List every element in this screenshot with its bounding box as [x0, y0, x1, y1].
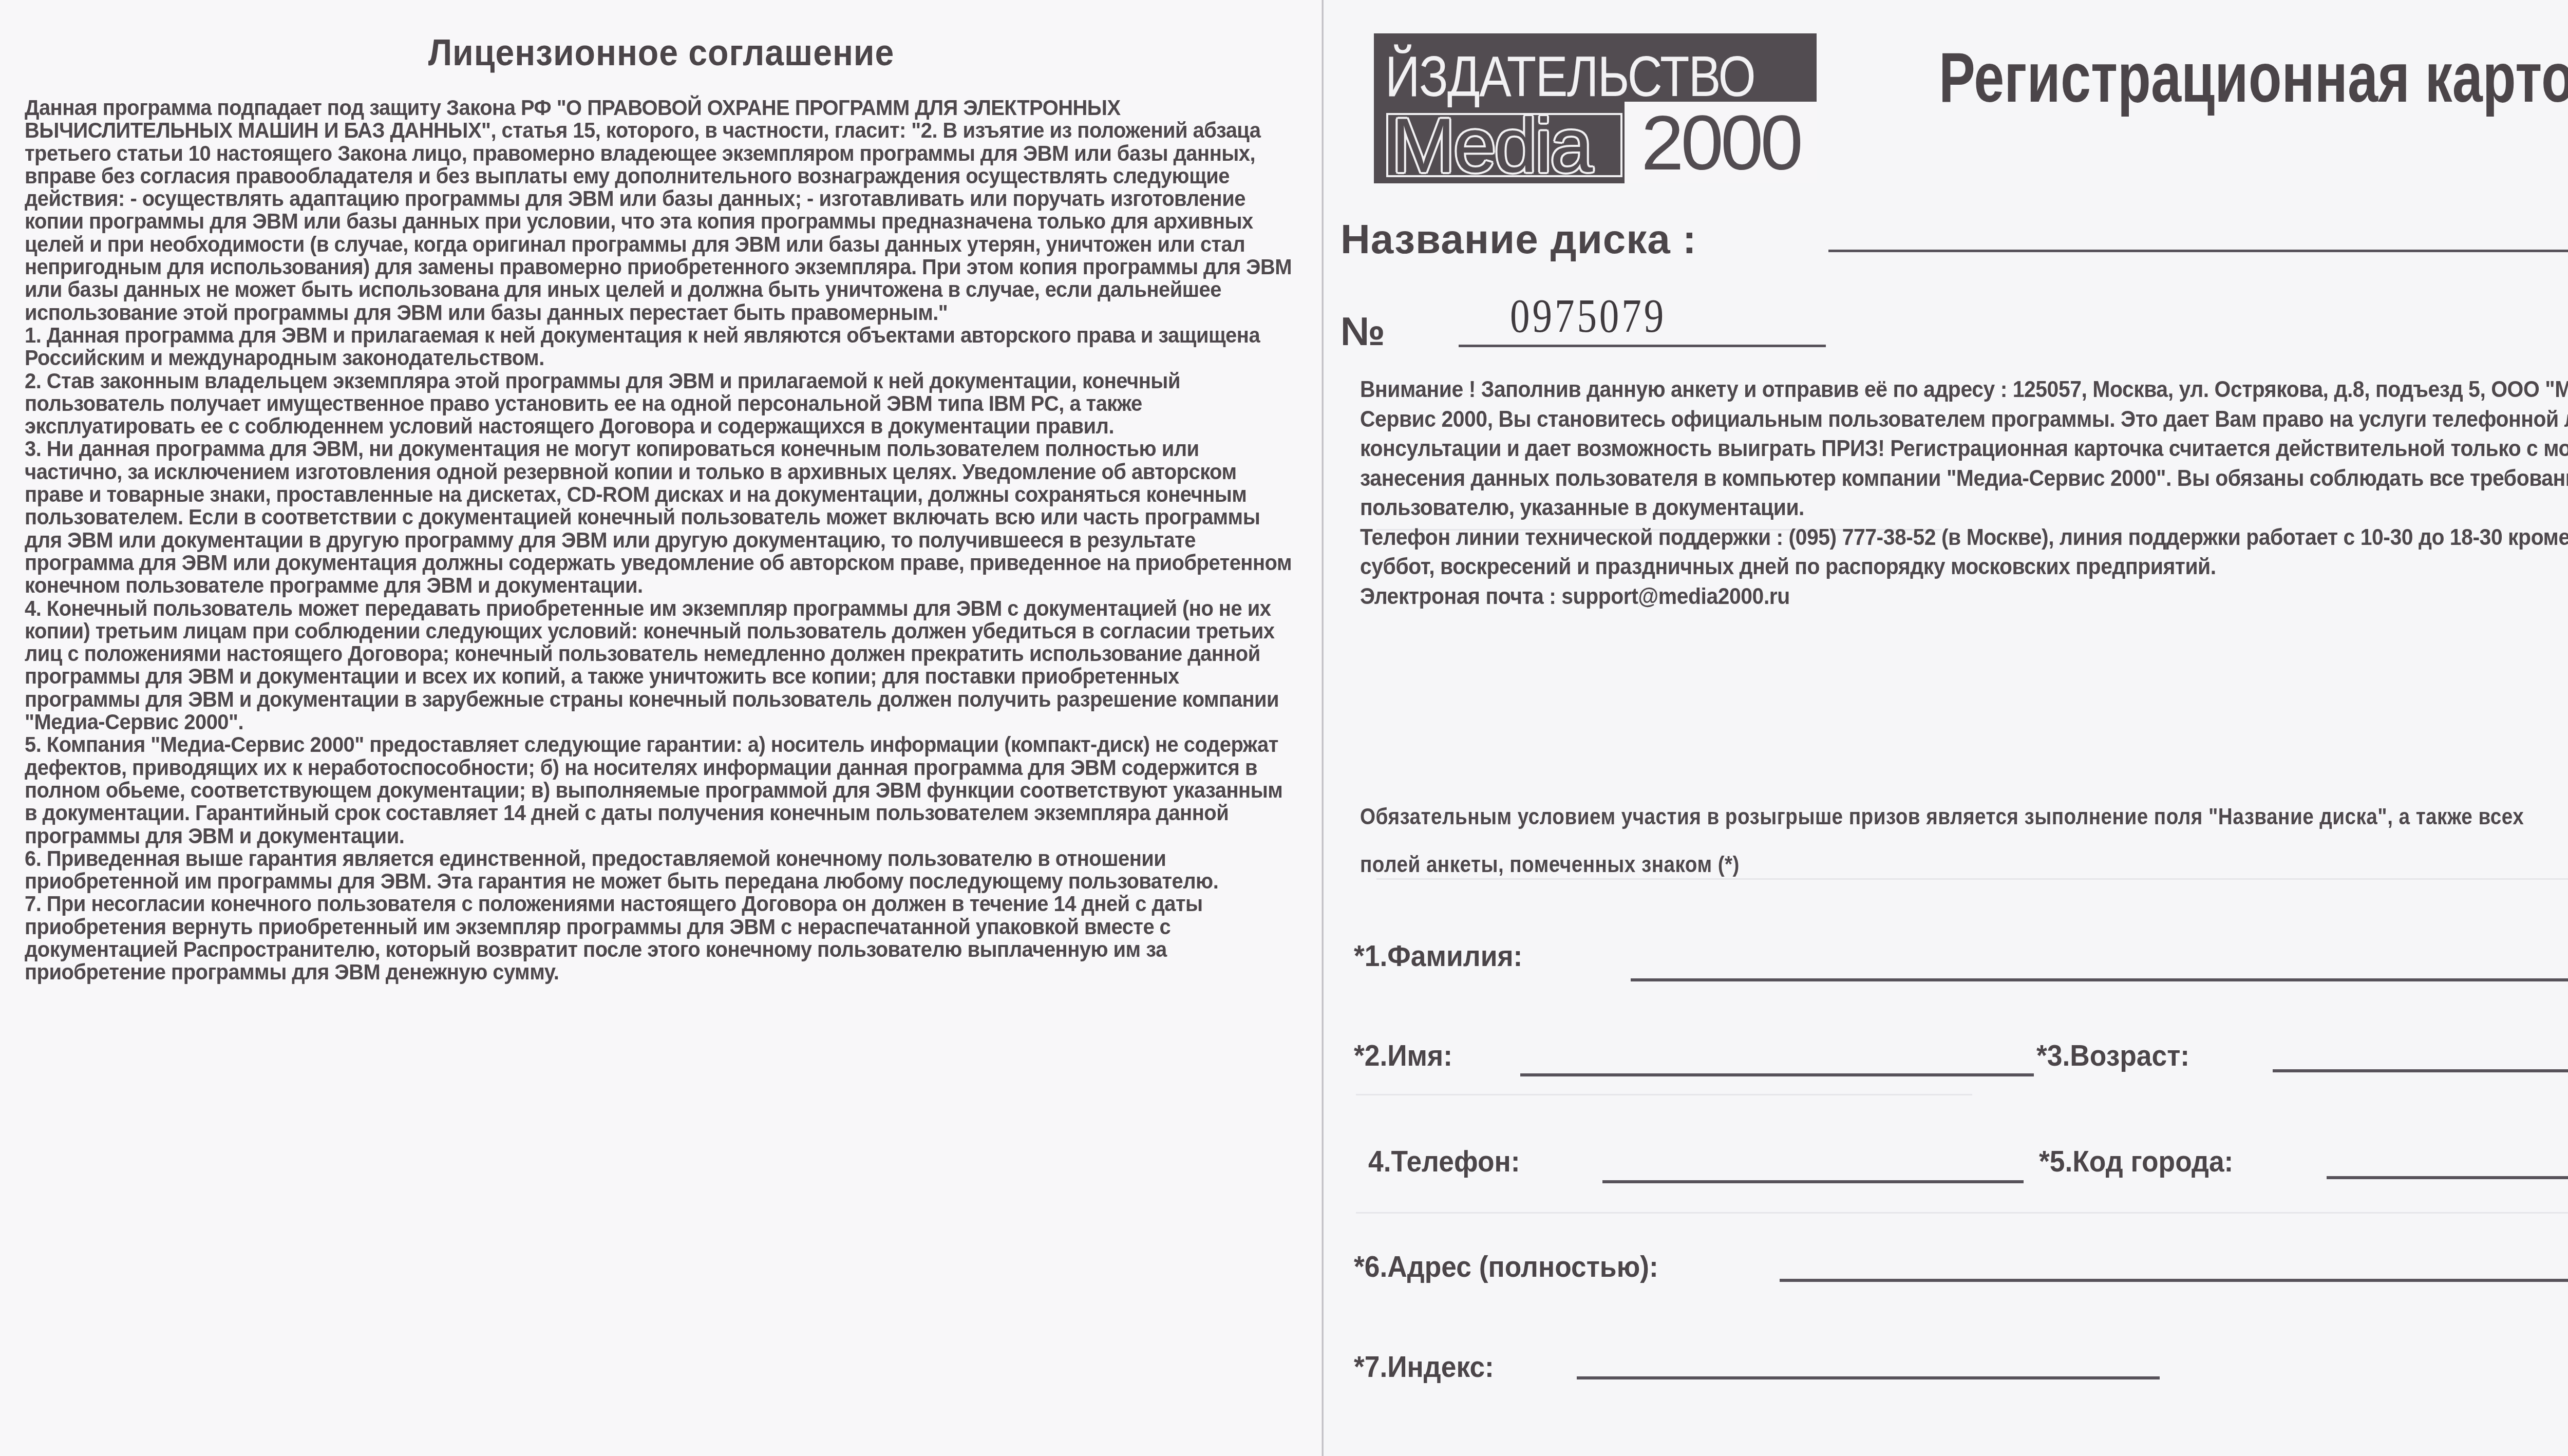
license-page: Лицензионное соглашение Данная программа…: [0, 0, 1323, 1456]
prize-condition-text: Обязательным условием участия в розыгрыш…: [1360, 793, 2568, 888]
license-clause-3: 3. Ни данная программа для ЭВМ, ни докум…: [25, 438, 1297, 597]
registration-notice: Внимание ! Заполнив данную анкету и отпр…: [1360, 375, 2568, 611]
city-code-field[interactable]: [2327, 1176, 2568, 1179]
name-field[interactable]: [1520, 1073, 2034, 1076]
index-label: *7.Индекс:: [1354, 1351, 1494, 1384]
disk-name-label: Название диска :: [1340, 215, 1697, 264]
phone-field[interactable]: [1602, 1180, 2024, 1183]
phone-label: 4.Телефон:: [1368, 1145, 1520, 1178]
notice-support-phone: Телефон линии технической поддержки : (0…: [1360, 523, 2568, 582]
notice-main: Внимание ! Заполнив данную анкету и отпр…: [1360, 375, 2568, 523]
logo-media-word: Media: [1391, 115, 1591, 176]
license-clause-4: 4. Конечный пользователь может передават…: [25, 597, 1297, 734]
serial-number: 0975079: [1510, 293, 1666, 339]
license-text: Данная программа подпадает под защиту За…: [25, 97, 1297, 984]
notice-email: Электроная почта : support@media2000.ru: [1360, 582, 2568, 612]
license-clause-1: 1. Данная программа для ЭВМ и прилагаема…: [25, 324, 1297, 370]
number-label: №: [1340, 308, 1385, 354]
publisher-logo: ЙЗДАТЕЛЬСТВО Media 2000: [1374, 33, 1817, 183]
card-title: Регистрационная карточка: [1939, 39, 2481, 116]
license-clause-2: 2. Став законным владельцем экземпляра э…: [25, 370, 1297, 438]
city-code-label: *5.Код города:: [2039, 1145, 2233, 1178]
age-field[interactable]: [2273, 1069, 2568, 1072]
surname-label: *1.Фамилия:: [1354, 940, 1522, 973]
logo-year: 2000: [1625, 102, 1817, 183]
logo-publisher-word: ЙЗДАТЕЛЬСТВО: [1385, 46, 1739, 107]
license-clause-5: 5. Компания "Медиа-Сервис 2000" предоста…: [25, 733, 1297, 847]
license-clause-6: 6. Приведенная выше гарантия является ед…: [25, 847, 1297, 893]
bleed-through-line: [1356, 1212, 2568, 1214]
bleed-through-line: [1356, 1094, 1972, 1095]
license-title: Лицензионное соглашение: [53, 32, 1270, 74]
name-label: *2.Имя:: [1354, 1039, 1452, 1072]
disk-name-field[interactable]: [1828, 250, 2568, 252]
address-field[interactable]: [1780, 1279, 2568, 1282]
age-label: *3.Возраст:: [2036, 1039, 2189, 1072]
serial-number-underline: [1459, 345, 1826, 347]
address-label: *6.Адрес (полностью):: [1354, 1251, 1658, 1283]
logo-media-box: Media: [1386, 113, 1622, 177]
prize-condition: Обязательным условием участия в розыгрыш…: [1360, 793, 2568, 888]
index-field[interactable]: [1577, 1376, 2160, 1379]
surname-field[interactable]: [1631, 978, 2568, 981]
license-clause-7: 7. При несогласии конечного пользователя…: [25, 893, 1297, 984]
license-preamble: Данная программа подпадает под защиту За…: [25, 97, 1297, 324]
